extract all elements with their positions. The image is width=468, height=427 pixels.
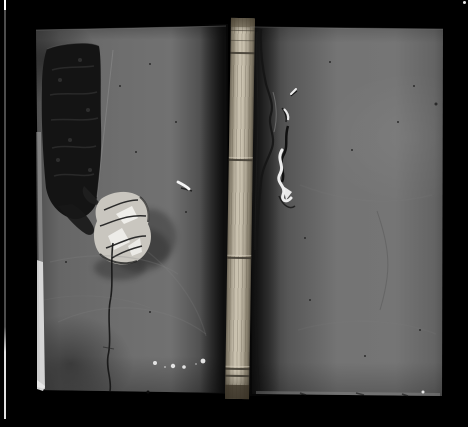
fore-edge-highlight	[36, 132, 45, 391]
spine-edge-crack	[255, 29, 276, 390]
dust-specks-white	[153, 359, 205, 369]
fore-edge-lower	[37, 260, 45, 389]
cover-top-edge	[36, 26, 226, 30]
blackened-title-label	[42, 43, 101, 235]
curl-dash	[291, 89, 296, 94]
cover-scratch-right	[377, 211, 388, 310]
crack-main	[255, 29, 273, 390]
crumpled-paper-tear	[94, 192, 151, 265]
cover-wrinkles-right	[298, 185, 436, 334]
book-photograph	[0, 0, 468, 427]
bottom-edge-highlight	[256, 391, 440, 396]
bottom-edge-speck	[422, 391, 425, 394]
tear-crack	[281, 126, 288, 182]
label-body	[42, 43, 101, 219]
crack-highlight	[273, 92, 276, 132]
torn-paper-curls	[279, 89, 297, 208]
fore-edge-upper	[36, 132, 43, 262]
photo-detail-overlay	[0, 0, 468, 427]
dark-speck	[147, 391, 150, 394]
cover-top-edge	[250, 27, 443, 29]
